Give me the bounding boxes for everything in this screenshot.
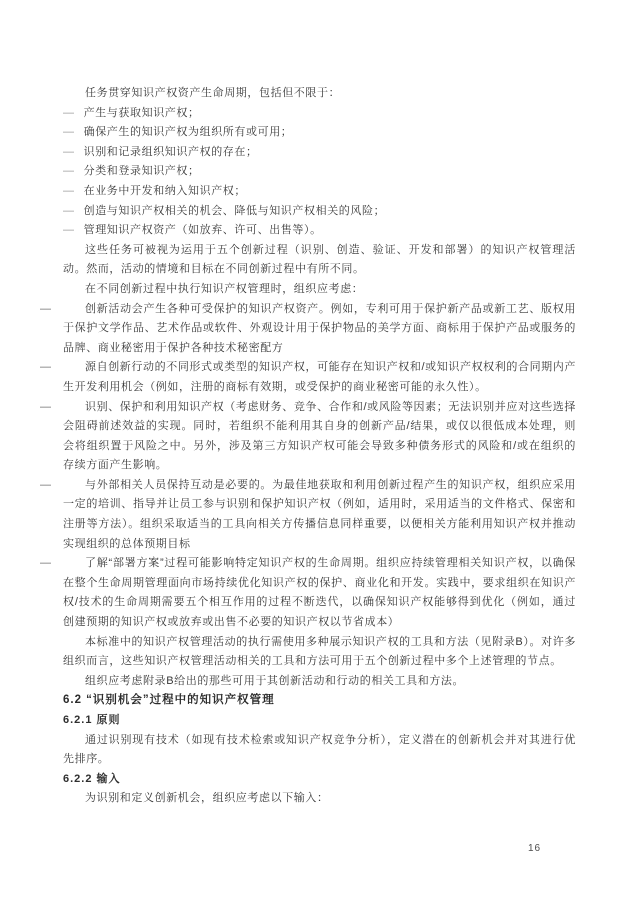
bullet-text: 与外部相关人员保持互动是必要的。为最佳地获取和利用创新过程产生的知识产权，组织应…: [63, 479, 576, 550]
dash-bullet-icon: —: [40, 554, 52, 574]
dash-bullet-icon: —: [63, 146, 75, 158]
bullet-text: 识别、保护和利用知识产权（考虑财务、竞争、合作和/或风险等因素；无法识别并应对这…: [63, 401, 576, 472]
task-list-item: —在业务中开发和纳入知识产权；: [63, 182, 576, 202]
paragraph-intro: 任务贯穿知识产权资产生命周期，包括但不限于：: [63, 84, 576, 104]
dash-bullet-icon: —: [63, 165, 75, 177]
dash-bullet-icon: —: [63, 185, 75, 197]
bullet-text: 创新活动会产生各种可受保护的知识产权资产。例如，专利可用于保护新产品或新工艺、版…: [63, 303, 576, 354]
task-text: 分类和登录知识产权；: [84, 165, 200, 177]
paragraph-6-2-1: 通过识别现有技术（如现有技术检索或知识产权竞争分析），定义潜在的创新机会并对其进…: [63, 731, 576, 770]
section-heading-6-2: 6.2 “识别机会”过程中的知识产权管理: [63, 691, 576, 711]
task-list-item: —管理知识产权资产（如放弃、许可、出售等）。: [63, 221, 576, 241]
page-content: 任务贯穿知识产权资产生命周期，包括但不限于： —产生与获取知识产权； —确保产生…: [63, 84, 576, 809]
dash-bullet-icon: —: [63, 126, 75, 138]
dash-bullet-icon: —: [63, 107, 75, 119]
bullet-paragraph: —与外部相关人员保持互动是必要的。为最佳地获取和利用创新过程产生的知识产权，组织…: [63, 476, 576, 554]
task-list-item: —产生与获取知识产权；: [63, 104, 576, 124]
subsection-heading-6-2-2: 6.2.2 输入: [63, 770, 576, 790]
bullet-paragraph: —了解“部署方案”过程可能影响特定知识产权的生命周期。组织应持续管理相关知识产权…: [63, 554, 576, 632]
paragraph-consider: 在不同创新过程中执行知识产权管理时，组织应考虑：: [63, 280, 576, 300]
task-text: 创造与知识产权相关的机会、降低与知识产权相关的风险；: [84, 205, 386, 217]
task-text: 管理知识产权资产（如放弃、许可、出售等）。: [84, 224, 322, 236]
dash-bullet-icon: —: [40, 300, 52, 320]
paragraph-tools: 本标准中的知识产权管理活动的执行需使用多种展示知识产权的工具和方法（见附录B）。…: [63, 633, 576, 672]
task-list-item: —创造与知识产权相关的机会、降低与知识产权相关的风险；: [63, 202, 576, 222]
bullet-list: —创新活动会产生各种可受保护的知识产权资产。例如，专利可用于保护新产品或新工艺、…: [63, 300, 576, 633]
task-text: 产生与获取知识产权；: [84, 107, 200, 119]
task-text: 在业务中开发和纳入知识产权；: [84, 185, 246, 197]
paragraph-6-2-2: 为识别和定义创新机会，组织应考虑以下输入：: [63, 789, 576, 809]
task-text: 识别和记录组织知识产权的存在；: [84, 146, 258, 158]
bullet-text: 源自创新行动的不同形式或类型的知识产权，可能存在知识产权和/或知识产权权利的合同…: [63, 361, 576, 393]
subsection-heading-6-2-1: 6.2.1 原则: [63, 711, 576, 731]
bullet-paragraph: —源自创新行动的不同形式或类型的知识产权，可能存在知识产权和/或知识产权权利的合…: [63, 358, 576, 397]
dash-bullet-icon: —: [40, 398, 52, 418]
dash-bullet-icon: —: [40, 476, 52, 496]
dash-bullet-icon: —: [40, 358, 52, 378]
paragraph-annex: 组织应考虑附录B给出的那些可用于其创新活动和行动的相关工具和方法。: [63, 672, 576, 692]
page-number: 16: [528, 843, 541, 854]
paragraph-processes: 这些任务可被视为运用于五个创新过程（识别、创造、验证、开发和部署）的知识产权管理…: [63, 241, 576, 280]
task-text: 确保产生的知识产权为组织所有或可用；: [84, 126, 293, 138]
task-list-item: —确保产生的知识产权为组织所有或可用；: [63, 123, 576, 143]
bullet-text: 了解“部署方案”过程可能影响特定知识产权的生命周期。组织应持续管理相关知识产权，…: [63, 557, 576, 628]
task-list: —产生与获取知识产权； —确保产生的知识产权为组织所有或可用； —识别和记录组织…: [63, 104, 576, 241]
bullet-paragraph: —识别、保护和利用知识产权（考虑财务、竞争、合作和/或风险等因素；无法识别并应对…: [63, 398, 576, 476]
task-list-item: —分类和登录知识产权；: [63, 162, 576, 182]
task-list-item: —识别和记录组织知识产权的存在；: [63, 143, 576, 163]
document-page: 任务贯穿知识产权资产生命周期，包括但不限于： —产生与获取知识产权； —确保产生…: [0, 0, 636, 900]
dash-bullet-icon: —: [63, 205, 75, 217]
bullet-paragraph: —创新活动会产生各种可受保护的知识产权资产。例如，专利可用于保护新产品或新工艺、…: [63, 300, 576, 359]
dash-bullet-icon: —: [63, 224, 75, 236]
